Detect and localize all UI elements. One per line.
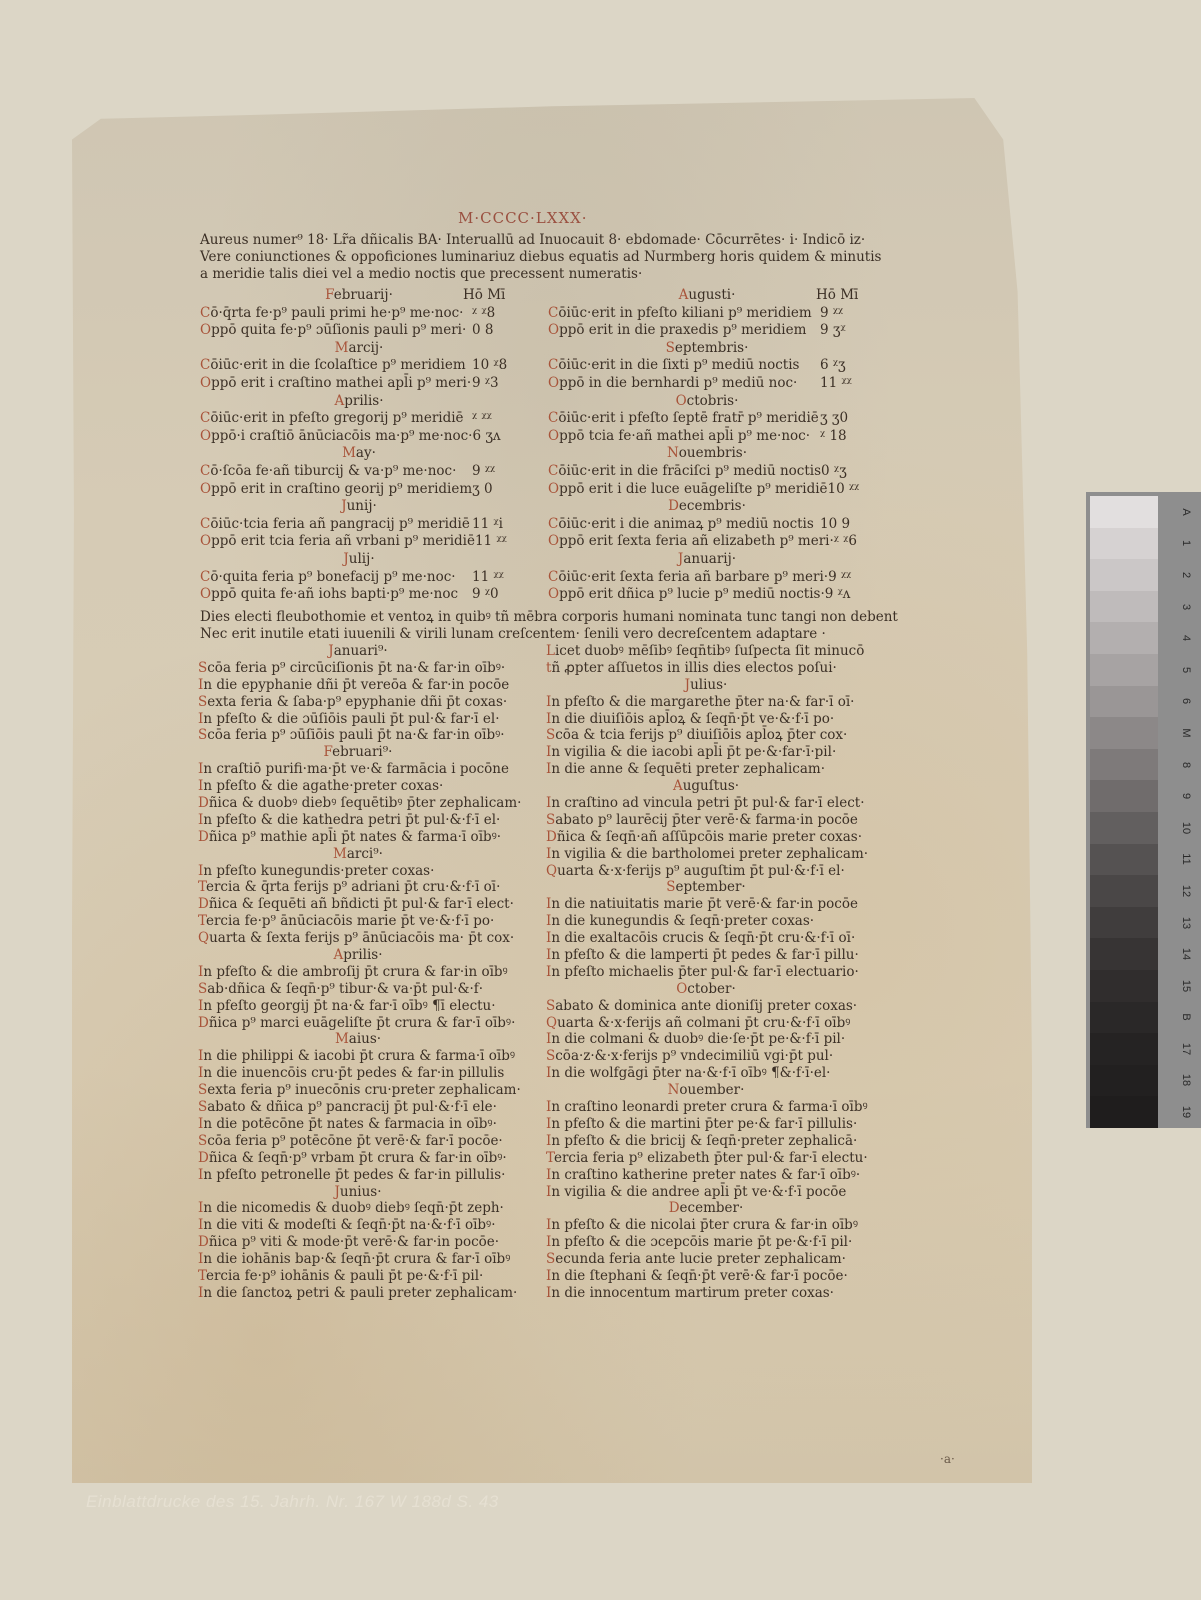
initial-letter: t xyxy=(546,660,551,676)
initial-letter: I xyxy=(546,711,551,727)
initial-letter: I xyxy=(546,930,551,946)
month-heading: October· xyxy=(546,981,866,998)
initial-letter: I xyxy=(546,846,551,862)
list-item: In die exaltacōis crucis & ſeqn̄·p̄t cru… xyxy=(546,930,866,947)
entry-text: Oppō in die bernhardi p⁹ mediū noc· xyxy=(548,375,797,393)
initial-letter: C xyxy=(200,516,210,532)
initial-letter: T xyxy=(198,879,206,895)
initial-letter: J xyxy=(328,643,333,659)
initial-letter: S xyxy=(546,1048,555,1064)
bloodletting-intro-line: Nec erit inutile etati iuuenili & virili… xyxy=(200,626,865,643)
initial-letter: C xyxy=(200,569,210,585)
initial-letter: I xyxy=(198,761,203,777)
grayscale-steps xyxy=(1090,496,1158,1128)
table-row: Oppō erit i craſtino mathei apl̄i p⁹ mer… xyxy=(200,375,518,393)
hour-minute: 9 ʒᵡ xyxy=(820,322,866,340)
gray-step xyxy=(1090,844,1158,876)
month-heading: Nouember· xyxy=(546,1082,866,1099)
initial-letter: D xyxy=(669,1200,680,1216)
initial-letter: I xyxy=(546,1234,551,1250)
month-heading: Junius· xyxy=(198,1184,518,1201)
intro-line: a meridie talis diei vel a medio noctis … xyxy=(200,266,865,283)
initial-letter: D xyxy=(198,1015,209,1031)
entry-text: Cō·q̄rta fe·p⁹ pauli primi he·p⁹ me·noc· xyxy=(200,305,463,323)
gray-step xyxy=(1090,559,1158,591)
initial-letter: C xyxy=(548,357,558,373)
entry-text: Oppō erit in die praxedis p⁹ meridiem xyxy=(548,322,806,340)
month-heading: Augusti· xyxy=(548,287,866,305)
gray-step xyxy=(1090,686,1158,718)
hour-minute: 9 ᵡᵡ xyxy=(472,463,518,481)
hour-minute: 0 8 xyxy=(472,322,518,340)
list-item: Scōa feria p⁹ potēcōne p̄t verē·& far·ī … xyxy=(198,1133,518,1150)
entry-text: Cō·ſcōa fe·añ tiburcij & va·p⁹ me·noc· xyxy=(200,463,456,481)
month-heading: Januarij· xyxy=(548,551,866,569)
month-heading: Auguſtus· xyxy=(546,778,866,795)
intro-line: Vere coniunctiones & oppoficiones lumina… xyxy=(200,249,865,266)
initial-letter: C xyxy=(200,305,210,321)
list-item: In pfeſto & die agathe·preter coxas· xyxy=(198,778,518,795)
month-heading: May· xyxy=(200,445,518,463)
hour-minute: ᵡ ᵡ8 xyxy=(472,305,518,323)
hour-minute: ʒ ʒ0 xyxy=(820,410,866,428)
hour-minute: 9 ᵡᵡ xyxy=(828,569,866,587)
hour-minute: 0 ᵡʒ xyxy=(821,463,866,481)
initial-letter: I xyxy=(546,1184,551,1200)
initial-letter: I xyxy=(546,1268,551,1284)
list-item: In die diuiſiōis apl̄oꝝ & ſeqn̄·p̄t ve·&… xyxy=(546,711,866,728)
table-row: Oppō erit dñica p⁹ lucie p⁹ mediū noctis… xyxy=(548,586,866,604)
initial-letter: O xyxy=(200,322,211,338)
gray-step xyxy=(1090,1065,1158,1097)
gray-step-label: 2 xyxy=(1180,565,1192,585)
bloodletting-list-left: Januari⁹·Scōa feria p⁹ circūciſionis p̄t… xyxy=(198,643,518,1302)
hour-minute: 11 ᵡᵡ xyxy=(472,569,518,587)
gray-step-label: 18 xyxy=(1180,1070,1192,1090)
initial-letter: O xyxy=(548,533,559,549)
entry-text: Oppō quita fe·p⁹ ɔūſionis pauli p⁹ meri· xyxy=(200,322,466,340)
initial-letter: I xyxy=(546,744,551,760)
list-item: In die epyphanie dñi p̄t vereōa & far·in… xyxy=(198,677,518,694)
initial-letter: L xyxy=(546,643,555,659)
initial-letter: O xyxy=(200,428,211,444)
month-heading: September· xyxy=(546,879,866,896)
initial-letter: F xyxy=(324,744,333,760)
month-heading: Marcij· xyxy=(200,340,518,358)
initial-letter: I xyxy=(198,677,203,693)
list-item: In pfeſto georgij p̄t na·& far·ī oībꝰ ¶ī… xyxy=(198,998,518,1015)
initial-letter: I xyxy=(546,1167,551,1183)
hour-minute: 9 ᵡ3 xyxy=(472,375,518,393)
bloodletting-intro: Dies electi fleubothomie et ventoꝝ in qu… xyxy=(200,609,865,643)
month-heading: December· xyxy=(546,1200,866,1217)
initial-letter: I xyxy=(546,1116,551,1132)
table-row: Oppō quita fe·p⁹ ɔūſionis pauli p⁹ meri·… xyxy=(200,322,518,340)
list-item: In die anne & ſequēti preter zephalicam· xyxy=(546,761,866,778)
grayscale-labels: A123456M89101112131415B171819 xyxy=(1176,496,1196,1128)
gray-step xyxy=(1090,654,1158,686)
month-heading: Februari⁹· xyxy=(198,744,518,761)
initial-letter: Q xyxy=(198,930,209,946)
gray-step-label: 15 xyxy=(1180,976,1192,996)
gray-step xyxy=(1090,907,1158,939)
hour-minute: ᵡ ᵡᵡ xyxy=(472,410,518,428)
gray-step xyxy=(1090,1002,1158,1034)
list-item: In craſtino leonardi preter crura & farm… xyxy=(546,1099,866,1116)
list-item: In die potēcōne p̄t nates & farmacia in … xyxy=(198,1116,518,1133)
month-heading: Septembris· xyxy=(548,340,866,358)
initial-letter: I xyxy=(198,1116,203,1132)
initial-letter: M xyxy=(342,445,356,461)
hour-minute: ᵡ 18 xyxy=(820,428,866,446)
entry-text: Cōiūc·erit in pfeſto gregorij p⁹ meridiē xyxy=(200,410,464,428)
list-item: Dñica & ſeqn̄·p⁹ vrbam p̄t crura & far·i… xyxy=(198,1150,518,1167)
initial-letter: I xyxy=(198,1217,203,1233)
list-item: In die inuencōis cru·p̄t pedes & far·in … xyxy=(198,1065,518,1082)
initial-letter: O xyxy=(548,586,559,602)
initial-letter: A xyxy=(679,287,689,303)
entry-text: Oppō erit dñica p⁹ lucie p⁹ mediū noctis… xyxy=(548,586,825,604)
entry-text: Cōiūc·erit in die frāciſci p⁹ mediū noct… xyxy=(548,463,821,481)
initial-letter: I xyxy=(198,1048,203,1064)
entry-text: Oppō quita fe·añ iohs bapti·p⁹ me·noc xyxy=(200,586,458,604)
list-item: In die ſanctoꝝ petri & pauli preter zeph… xyxy=(198,1285,518,1302)
hour-minute: 6 ʒᴧ xyxy=(472,428,518,446)
list-item: Dñica p⁹ marci euāgeliſte p̄t crura & fa… xyxy=(198,1015,518,1032)
entry-text: Oppō erit tcia feria añ vrbani p⁹ meridi… xyxy=(200,533,475,551)
initial-letter: I xyxy=(546,1285,551,1301)
list-item: Dñica p⁹ viti & mode·p̄t verē·& far·in p… xyxy=(198,1234,518,1251)
initial-letter: D xyxy=(198,896,209,912)
initial-letter: M xyxy=(333,846,347,862)
initial-letter: C xyxy=(200,410,210,426)
list-item: Sabato p⁹ laurēcij p̄ter verē·& farma·in… xyxy=(546,812,866,829)
initial-letter: S xyxy=(546,1251,555,1267)
initial-letter: M xyxy=(335,340,349,356)
list-item: Dñica p⁹ mathie apl̄i p̄t nates & farma·… xyxy=(198,829,518,846)
gray-step-label: 19 xyxy=(1180,1102,1192,1122)
list-item: In die colmani & duobꝰ die·ſe·p̄t pe·&·f… xyxy=(546,1031,866,1048)
initial-letter: N xyxy=(667,445,679,461)
list-item: Secunda feria ante lucie preter zephalic… xyxy=(546,1251,866,1268)
month-heading: Marci⁹· xyxy=(198,846,518,863)
gray-step-label: 6 xyxy=(1180,691,1192,711)
table-row: Oppō erit tcia feria añ vrbani p⁹ meridi… xyxy=(200,533,518,551)
initial-letter: Q xyxy=(546,1015,557,1031)
initial-letter: S xyxy=(198,694,207,710)
gray-step xyxy=(1090,749,1158,781)
list-item: In die wolfgāgi p̄ter na·&·f·ī oībꝰ ¶&·f… xyxy=(546,1065,866,1082)
initial-letter: O xyxy=(200,375,211,391)
list-item: In pfeſto petronelle p̄t pedes & far·in … xyxy=(198,1167,518,1184)
initial-letter: O xyxy=(200,533,211,549)
initial-letter: I xyxy=(546,896,551,912)
table-row: Cōiūc·tcia feria añ pangracij p⁹ meridiē… xyxy=(200,516,518,534)
table-row: Cō·quita feria p⁹ bonefacij p⁹ me·noc·11… xyxy=(200,569,518,587)
initial-letter: I xyxy=(198,1200,203,1216)
page-mark: ·a· xyxy=(940,1452,955,1466)
initial-letter: T xyxy=(198,1268,206,1284)
list-item: Tercia feria p⁹ elizabeth p̄ter pul·& fa… xyxy=(546,1150,866,1167)
gray-step-label: 12 xyxy=(1180,881,1192,901)
gray-step xyxy=(1090,1033,1158,1065)
initial-letter: D xyxy=(198,829,209,845)
list-item: In pfeſto & die ɔūſiōis pauli p̄t pul·& … xyxy=(198,711,518,728)
gray-step xyxy=(1090,496,1158,528)
initial-letter: I xyxy=(546,1065,551,1081)
list-item: In pfeſto & die martini p̄ter pe·& far·ī… xyxy=(546,1116,866,1133)
table-row: Oppō·i craſtiō ānūciacōis ma·p⁹ me·noc·6… xyxy=(200,428,518,446)
initial-letter: I xyxy=(546,947,551,963)
month-heading: Octobris· xyxy=(548,393,866,411)
list-item: Quarta & ſexta ferijs p⁹ ānūciacōis ma· … xyxy=(198,930,518,947)
list-item: In pfeſto & die kathedra petri p̄t pul·&… xyxy=(198,812,518,829)
month-heading: Junij· xyxy=(200,498,518,516)
archive-note: Einblattdrucke des 15. Jahrh. Nr. 167 W … xyxy=(86,1492,499,1512)
gray-step-label: 14 xyxy=(1180,944,1192,964)
grayscale-calibration-strip: A123456M89101112131415B171819 xyxy=(1086,492,1201,1128)
gray-step-label: 10 xyxy=(1180,818,1192,838)
entry-text: Cōiūc·erit in die ſcolaſtice p⁹ meridiem xyxy=(200,357,466,375)
list-item: Sexta feria p⁹ inuecōnis cru·preter zeph… xyxy=(198,1082,518,1099)
list-item: In die kunegundis & ſeqn̄·preter coxas· xyxy=(546,913,866,930)
entry-text: Cōiūc·erit in die ſixti p⁹ mediū noctis xyxy=(548,357,799,375)
list-item: Sabato & dñica p⁹ pancracij p̄t pul·&·f·… xyxy=(198,1099,518,1116)
initial-letter: C xyxy=(200,357,210,373)
initial-letter: S xyxy=(666,340,675,356)
initial-letter: I xyxy=(198,1167,203,1183)
gray-step xyxy=(1090,528,1158,560)
list-item: In vigilia & die iacobi apl̄i p̄t pe·&·f… xyxy=(546,744,866,761)
gray-step-label: 3 xyxy=(1180,597,1192,617)
initial-letter: I xyxy=(198,778,203,794)
table-row: Oppō erit ſexta feria añ elizabeth p⁹ me… xyxy=(548,533,866,551)
table-row: Oppō erit in die praxedis p⁹ meridiem9 ʒ… xyxy=(548,322,866,340)
table-row: Oppō erit in craſtino georij p⁹ meridiem… xyxy=(200,481,518,499)
list-item: In die natiuitatis marie p̄t verē·& far·… xyxy=(546,896,866,913)
initial-letter: I xyxy=(198,711,203,727)
gray-step xyxy=(1090,970,1158,1002)
list-item: In die nicomedis & duobꝰ diebꝰ ſeqn̄·p̄t… xyxy=(198,1200,518,1217)
list-item: Licet duobꝰ mēſibꝰ ſeqn̄tibꝰ ſuſpecta ſi… xyxy=(546,643,866,660)
list-item: In die innocentum martirum preter coxas· xyxy=(546,1285,866,1302)
initial-letter: I xyxy=(546,694,551,710)
table-row: Oppō quita fe·añ iohs bapti·p⁹ me·noc9 ᵡ… xyxy=(200,586,518,604)
gray-step-label: A xyxy=(1180,502,1192,522)
list-item: In pfeſto & die bricij & ſeqn̄·preter ze… xyxy=(546,1133,866,1150)
initial-letter: M xyxy=(335,1031,349,1047)
initial-letter: S xyxy=(546,998,555,1014)
list-item: In die iohānis bap·& ſeqn̄·p̄t crura & f… xyxy=(198,1251,518,1268)
table-row: Cōiūc·erit in pfeſto gregorij p⁹ meridiē… xyxy=(200,410,518,428)
initial-letter: I xyxy=(546,964,551,980)
initial-letter: A xyxy=(334,393,344,409)
initial-letter: I xyxy=(546,1031,551,1047)
gray-step xyxy=(1090,780,1158,812)
initial-letter: J xyxy=(341,498,346,514)
entry-text: Cōiūc·erit i die animaꝝ p⁹ mediū noctis xyxy=(548,516,814,534)
initial-letter: J xyxy=(685,677,690,693)
initial-letter: C xyxy=(548,410,558,426)
month-heading: Aprilis· xyxy=(200,393,518,411)
initial-letter: N xyxy=(668,1082,680,1098)
initial-letter: S xyxy=(198,1099,207,1115)
initial-letter: I xyxy=(546,1099,551,1115)
hour-minute: 9 ᵡᴧ xyxy=(825,586,866,604)
hour-minute: 10 ᵡ8 xyxy=(472,357,518,375)
syzygy-table-left: Februarij·Cō·q̄rta fe·p⁹ pauli primi he·… xyxy=(200,287,518,604)
entry-text: Oppō erit ſexta feria añ elizabeth p⁹ me… xyxy=(548,533,834,551)
list-item: In pfeſto michaelis p̄ter pul·& far·ī el… xyxy=(546,964,866,981)
initial-letter: T xyxy=(198,913,206,929)
bloodletting-list-right: Licet duobꝰ mēſibꝰ ſeqn̄tibꝰ ſuſpecta ſi… xyxy=(546,643,866,1302)
gray-step-label: 5 xyxy=(1180,660,1192,680)
list-item: In die philippi & iacobi p̄t crura & far… xyxy=(198,1048,518,1065)
list-item: Dñica & duobꝰ diebꝰ ſequētibꝰ p̄ter zeph… xyxy=(198,795,518,812)
entry-text: Oppō erit in craſtino georij p⁹ meridiem xyxy=(200,481,472,499)
table-row: Cōiūc·erit in die ſcolaſtice p⁹ meridiem… xyxy=(200,357,518,375)
hour-minute: 11 ᵡi xyxy=(472,516,518,534)
gray-step-label: 11 xyxy=(1180,849,1192,869)
initial-letter: I xyxy=(198,1251,203,1267)
initial-letter: S xyxy=(546,812,555,828)
table-row: Cō·q̄rta fe·p⁹ pauli primi he·p⁹ me·noc·… xyxy=(200,305,518,323)
list-item: Tercia & q̄rta ferijs p⁹ adriani p̄t cru… xyxy=(198,879,518,896)
month-heading: Januari⁹· xyxy=(198,643,518,660)
entry-text: Cōiūc·erit in pfeſto kiliani p⁹ meridiem xyxy=(548,305,812,323)
gray-step xyxy=(1090,622,1158,654)
hour-minute: 11 ᵡᵡ xyxy=(475,533,518,551)
list-item: In craſtino ad vincula petri p̄t pul·& f… xyxy=(546,795,866,812)
initial-letter: C xyxy=(200,463,210,479)
initial-letter: O xyxy=(200,481,211,497)
intro-text: Aureus numer⁹ 18· Lr̃a dñicalis BA· Inte… xyxy=(200,232,865,283)
document-title: M·CCCC·LXXX· xyxy=(458,210,588,227)
table-row: Cōiūc·erit in die frāciſci p⁹ mediū noct… xyxy=(548,463,866,481)
month-heading: Decembris· xyxy=(548,498,866,516)
initial-letter: I xyxy=(198,863,203,879)
initial-letter: I xyxy=(198,998,203,1014)
table-row: Oppō in die bernhardi p⁹ mediū noc·11 ᵡᵡ xyxy=(548,375,866,393)
entry-text: Oppō tcia fe·añ mathei apl̄i p⁹ me·noc· xyxy=(548,428,810,446)
list-item: In pfeſto & die ɔcepcōis marie p̄t pe·&·… xyxy=(546,1234,866,1251)
hour-minute: 10 ᵡᵡ xyxy=(828,481,866,499)
initial-letter: I xyxy=(198,812,203,828)
initial-letter: S xyxy=(198,660,207,676)
initial-letter: C xyxy=(548,463,558,479)
list-item: In die ſtephani & ſeqn̄·p̄t verē·& far·ī… xyxy=(546,1268,866,1285)
initial-letter: O xyxy=(548,428,559,444)
initial-letter: I xyxy=(546,1133,551,1149)
gray-step xyxy=(1090,812,1158,844)
gray-step xyxy=(1090,1096,1158,1128)
initial-letter: D xyxy=(198,795,209,811)
table-row: Cōiūc·erit i die animaꝝ p⁹ mediū noctis1… xyxy=(548,516,866,534)
initial-letter: S xyxy=(198,1082,207,1098)
table-row: Cōiūc·erit in die ſixti p⁹ mediū noctis6… xyxy=(548,357,866,375)
table-row: Oppō erit i die luce euāgeliſte p⁹ merid… xyxy=(548,481,866,499)
initial-letter: C xyxy=(548,516,558,532)
list-item: Dñica & ſequēti añ bñdicti p̄t pul·& far… xyxy=(198,896,518,913)
initial-letter: S xyxy=(666,879,675,895)
gray-step xyxy=(1090,938,1158,970)
list-item: Scōa·z·&·x·ferijs p⁹ vndecimiliū vgi·p̄t… xyxy=(546,1048,866,1065)
table-row: Cōiūc·erit in pfeſto kiliani p⁹ meridiem… xyxy=(548,305,866,323)
initial-letter: I xyxy=(546,1217,551,1233)
list-item: Scōa & tcia ferijs p⁹ diuiſiōis apl̄oꝝ p… xyxy=(546,727,866,744)
initial-letter: Q xyxy=(546,863,557,879)
table-row: Oppō tcia fe·añ mathei apl̄i p⁹ me·noc·ᵡ… xyxy=(548,428,866,446)
entry-text: Cōiūc·erit ſexta feria añ barbare p⁹ mer… xyxy=(548,569,828,587)
month-heading: Maius· xyxy=(198,1031,518,1048)
initial-letter: O xyxy=(200,586,211,602)
list-item: tñ ꝓpter aſſuetos in illis dies electos … xyxy=(546,660,866,677)
initial-letter: D xyxy=(546,829,557,845)
initial-letter: D xyxy=(198,1150,209,1166)
initial-letter: F xyxy=(325,287,334,303)
initial-letter: S xyxy=(198,727,207,743)
list-item: Quarta &·x·ferijs añ colmani p̄t cru·&·f… xyxy=(546,1015,866,1032)
entry-text: Cōiūc·tcia feria añ pangracij p⁹ meridiē xyxy=(200,516,470,534)
list-item: In die viti & modeſti & ſeqn̄·p̄t na·&·f… xyxy=(198,1217,518,1234)
initial-letter: T xyxy=(546,1150,554,1166)
entry-text: Oppō·i craſtiō ānūciacōis ma·p⁹ me·noc· xyxy=(200,428,472,446)
list-item: Tercia fe·p⁹ ānūciacōis marie p̄t ve·&·f… xyxy=(198,913,518,930)
list-item: Tercia fe·p⁹ iohānis & pauli p̄t pe·&·f·… xyxy=(198,1268,518,1285)
list-item: In pfeſto & die lamperti p̄t pedes & far… xyxy=(546,947,866,964)
entry-text: Cōiūc·erit i pfeſto ſeptē fratr̄ p⁹ meri… xyxy=(548,410,819,428)
hour-minute: 9 ᵡ0 xyxy=(472,586,518,604)
syzygy-table-right: Augusti·Cōiūc·erit in pfeſto kiliani p⁹ … xyxy=(548,287,866,604)
list-item: In vigilia & die bartholomei preter zeph… xyxy=(546,846,866,863)
gray-step-label: 17 xyxy=(1180,1039,1192,1059)
initial-letter: A xyxy=(673,778,683,794)
hour-minute: ᵡ ᵡ6 xyxy=(834,533,866,551)
initial-letter: I xyxy=(546,913,551,929)
initial-letter: D xyxy=(198,1234,209,1250)
hour-minute: ʒ 0 xyxy=(472,481,518,499)
gray-step-label: M xyxy=(1180,723,1192,743)
hour-minute: 10 9 xyxy=(820,516,866,534)
initial-letter: D xyxy=(668,498,679,514)
initial-letter: I xyxy=(198,1285,203,1301)
initial-letter: C xyxy=(548,569,558,585)
initial-letter: I xyxy=(198,1065,203,1081)
table-row: Cōiūc·erit ſexta feria añ barbare p⁹ mer… xyxy=(548,569,866,587)
initial-letter: O xyxy=(676,393,687,409)
initial-letter: S xyxy=(198,1133,207,1149)
initial-letter: O xyxy=(676,981,687,997)
initial-letter: I xyxy=(546,761,551,777)
gray-step-label: 13 xyxy=(1180,913,1192,933)
list-item: Scōa feria p⁹ ɔūſiōis pauli p̄t na·& far… xyxy=(198,727,518,744)
initial-letter: J xyxy=(334,1184,339,1200)
initial-letter: J xyxy=(678,551,683,567)
hour-minute: 9 ᵡᵡ xyxy=(820,305,866,323)
gray-step-label: 1 xyxy=(1180,533,1192,553)
entry-text: Oppō erit i craſtino mathei apl̄i p⁹ mer… xyxy=(200,375,471,393)
bloodletting-intro-line: Dies electi fleubothomie et ventoꝝ in qu… xyxy=(200,609,865,626)
initial-letter: O xyxy=(548,322,559,338)
list-item: Dñica & ſeqn̄·añ aſſūpcōis marie preter … xyxy=(546,829,866,846)
hour-minute: 11 ᵡᵡ xyxy=(820,375,866,393)
month-heading: Julij· xyxy=(200,551,518,569)
list-item: Sab·dñica & ſeqn̄·p⁹ tibur·& va·p̄t pul·… xyxy=(198,981,518,998)
list-item: In pfeſto & die ambroſij p̄t crura & far… xyxy=(198,964,518,981)
initial-letter: S xyxy=(198,981,207,997)
initial-letter: I xyxy=(198,964,203,980)
list-item: In pfeſto & die nicolai p̄ter crura & fa… xyxy=(546,1217,866,1234)
